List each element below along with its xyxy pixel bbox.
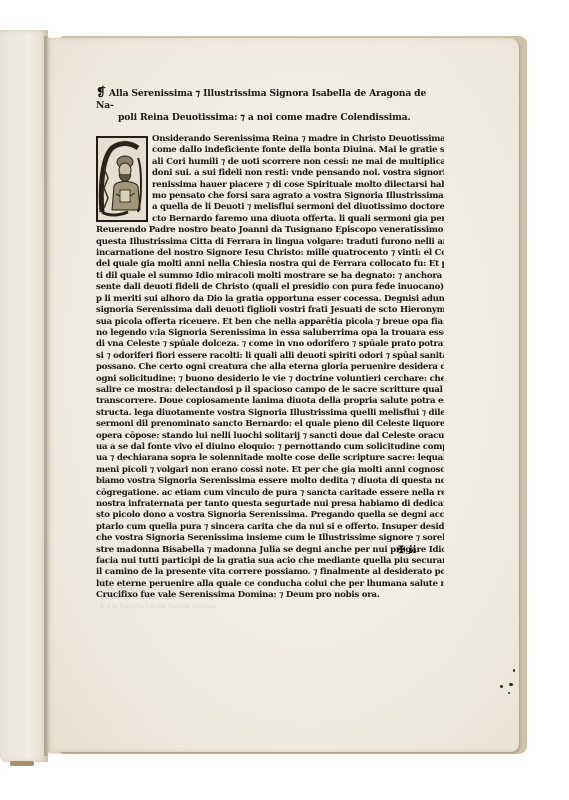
text-line: si ⁊ odoriferi fiori essere racolti: li … [96,351,444,362]
text-line: a quella de li Deuoti ⁊ melisflui sermon… [152,202,444,213]
text-line: Onsiderando Serenissima Reina ⁊ madre in… [152,134,444,145]
text-line: facia nui tutti participi de la gratia s… [96,556,444,567]
text-line: ali Cori humili ⁊ de uoti scorrere non c… [152,157,444,168]
foxing-spot [508,692,510,694]
printed-text-block: ❡Alla Serenissima ⁊ Illustrissima Signor… [96,86,444,602]
ghost-line: D e la Nativita ⁊ della Virgine gloriosa [100,602,440,611]
text-line: cōgregatione. ac etiam cum vinculo de pu… [96,488,444,499]
text-line: mo pensato che forsi sara agrato a vostr… [152,191,444,202]
text-line: no legendo v:ia Signoria Serenissima in … [96,328,444,339]
text-line: incarnatione del nostro Signore Iesu Chr… [96,248,444,259]
text-line: sua picola offerta riceuere. Et ben che … [96,317,444,328]
text-line: signoria Serenissima dali deuoti figliol… [96,305,444,316]
text-line: meni picoli ⁊ volgari non erano cossi no… [96,465,444,476]
dedication-heading: ❡Alla Serenissima ⁊ Illustrissima Signor… [96,86,444,124]
text-line: renissima hauer piacere ⁊ di cose Spirit… [152,180,444,191]
text-line: stre madonna Bisabella ⁊ madonna Julia s… [96,545,444,556]
text-line: ti dil quale el summo Idio miracoli molt… [96,271,444,282]
text-line: doni sui. a sui fideli non resti: vnde p… [152,168,444,179]
text-line: sto picolo dono a vostra Signoria Sereni… [96,510,444,521]
text-line: questa Illustrissima Citta di Ferrara in… [96,237,444,248]
text-line: lute eterne peruenire alla quale ce cond… [96,579,444,590]
text-line: ua ⁊ dechiarana sopra le solennitade mol… [96,453,444,464]
text-line: come dallo indeficiente fonte della bont… [152,145,444,156]
text-line: il camino de la presente vita correre po… [96,567,444,578]
heading-line-1: Alla Serenissima ⁊ Illustrissima Signora… [96,88,426,111]
text-line: sermoni dil prenominato sancto Bernardo:… [96,419,444,430]
text-line: del quale gia molti anni nella Chiesia n… [96,259,444,270]
worn-page-edge [10,761,34,766]
text-line: p li meriti sui alhoro da Dio la gratia … [96,294,444,305]
text-line: opera cōpose: stando lui nelli luochi so… [96,431,444,442]
text-line: salire ce mostra: delectandosi p il spac… [96,385,444,396]
paragraph-mark-icon: ❡ [96,85,106,99]
left-page-verso [0,30,48,762]
text-line: che vostra Signoria Serenissima insieme … [96,533,444,544]
text-line: transcorrere. Doue copiosamente lanima d… [96,396,444,407]
woodcut-initial-c-icon [96,136,148,222]
text-line: possano. Che certo ogni creatura che all… [96,362,444,373]
foxing-spot [509,683,513,686]
text-line: ua a se dal fonte vivo el diuino eloquio… [96,442,444,453]
text-line: Reuerendo Padre nostro beato Joanni da T… [96,225,444,236]
heading-line-2: poli Reina Deuotissima: ⁊ a noi come mad… [96,112,444,124]
saint-figure-icon [98,138,146,220]
text-line: di vna Celeste ⁊ spūale dolceza. ⁊ come … [96,339,444,350]
text-line: ogni solicitudine: ⁊ buono desiderio le … [96,374,444,385]
signature-mark: ✠ ii [397,545,416,556]
text-line: sente dali deuoti fideli de Christo (qua… [96,282,444,293]
text-line: cto Bernardo faremo una diuota offerta. … [152,214,444,225]
text-line: structa. lega diuotamente vostra Signori… [96,408,444,419]
closing-line: Crucifixo fue vale Serenissima Domina: ⁊… [96,590,444,601]
foxing-spot [500,685,503,688]
text-line: nostra infraternata per tanto questa seg… [96,499,444,510]
gutter-shadow [44,36,50,756]
text-line: biamo vostra Signoria Serenissima essere… [96,476,444,487]
dedication-body: Onsiderando Serenissima Reina ⁊ madre in… [96,134,444,602]
text-line: ptarlo cum quella pura ⁊ sincera carita … [96,522,444,533]
foxing-spot [513,669,515,672]
